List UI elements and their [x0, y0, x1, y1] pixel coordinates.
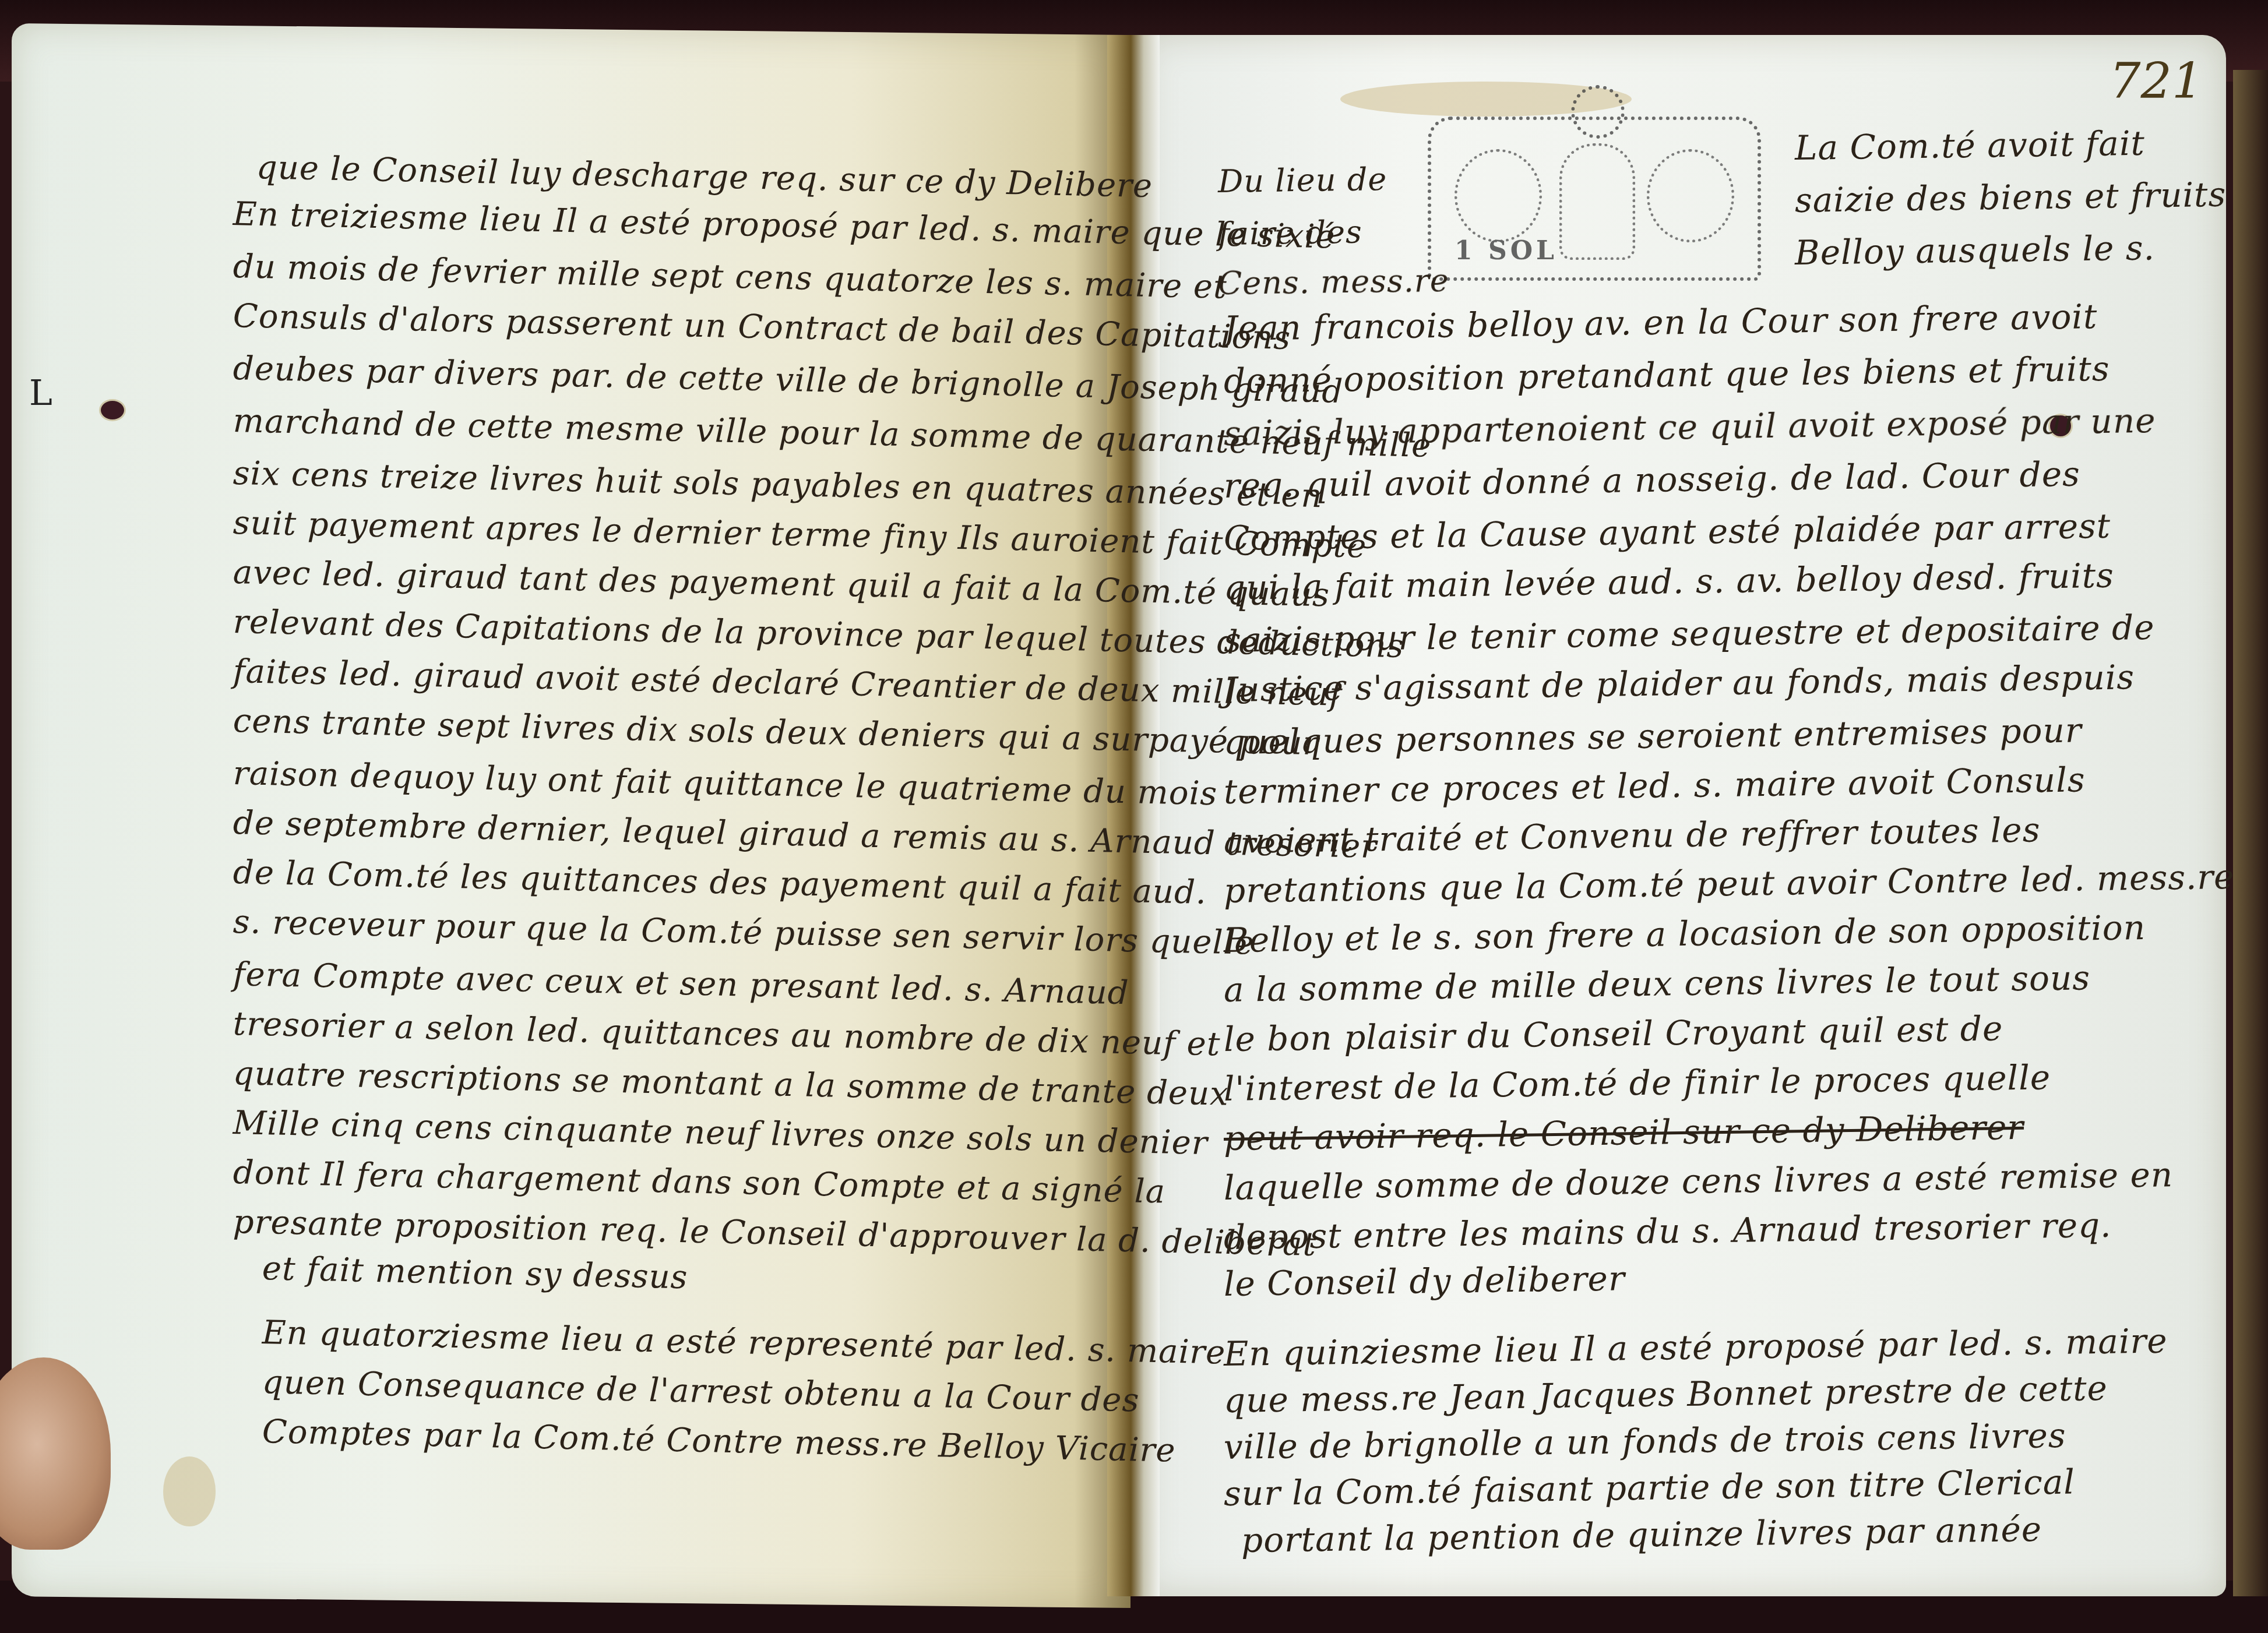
- margin-note-line: Cens. mess.re: [1218, 262, 1449, 302]
- text-line: saizie des biens et fruits: [1795, 175, 2227, 220]
- text-line: le Conseil dy deliberer: [1224, 1258, 1626, 1304]
- margin-note-line: Du lieu de: [1218, 161, 1387, 200]
- text-line: Belloy ausquels le s.: [1795, 228, 2156, 273]
- margin-note-line: faire des: [1218, 214, 1362, 252]
- paper-stain: [163, 1456, 216, 1526]
- stamp-scroll-icon: [1647, 149, 1734, 242]
- margin-mark: L: [29, 373, 52, 414]
- stamp-crown-icon: [1571, 85, 1625, 139]
- folio-number: 721: [2109, 52, 2203, 110]
- book-binding-edge: [2233, 70, 2268, 1596]
- tax-stamp: 1 SOL: [1428, 117, 1761, 281]
- text-line: La Com.té avoit fait: [1795, 124, 2146, 168]
- stamp-label: 1 SOL: [1455, 236, 1558, 266]
- paper-hole: [99, 399, 126, 421]
- stamp-scroll-icon: [1455, 149, 1542, 242]
- fleur-de-lis-icon: [1559, 143, 1635, 260]
